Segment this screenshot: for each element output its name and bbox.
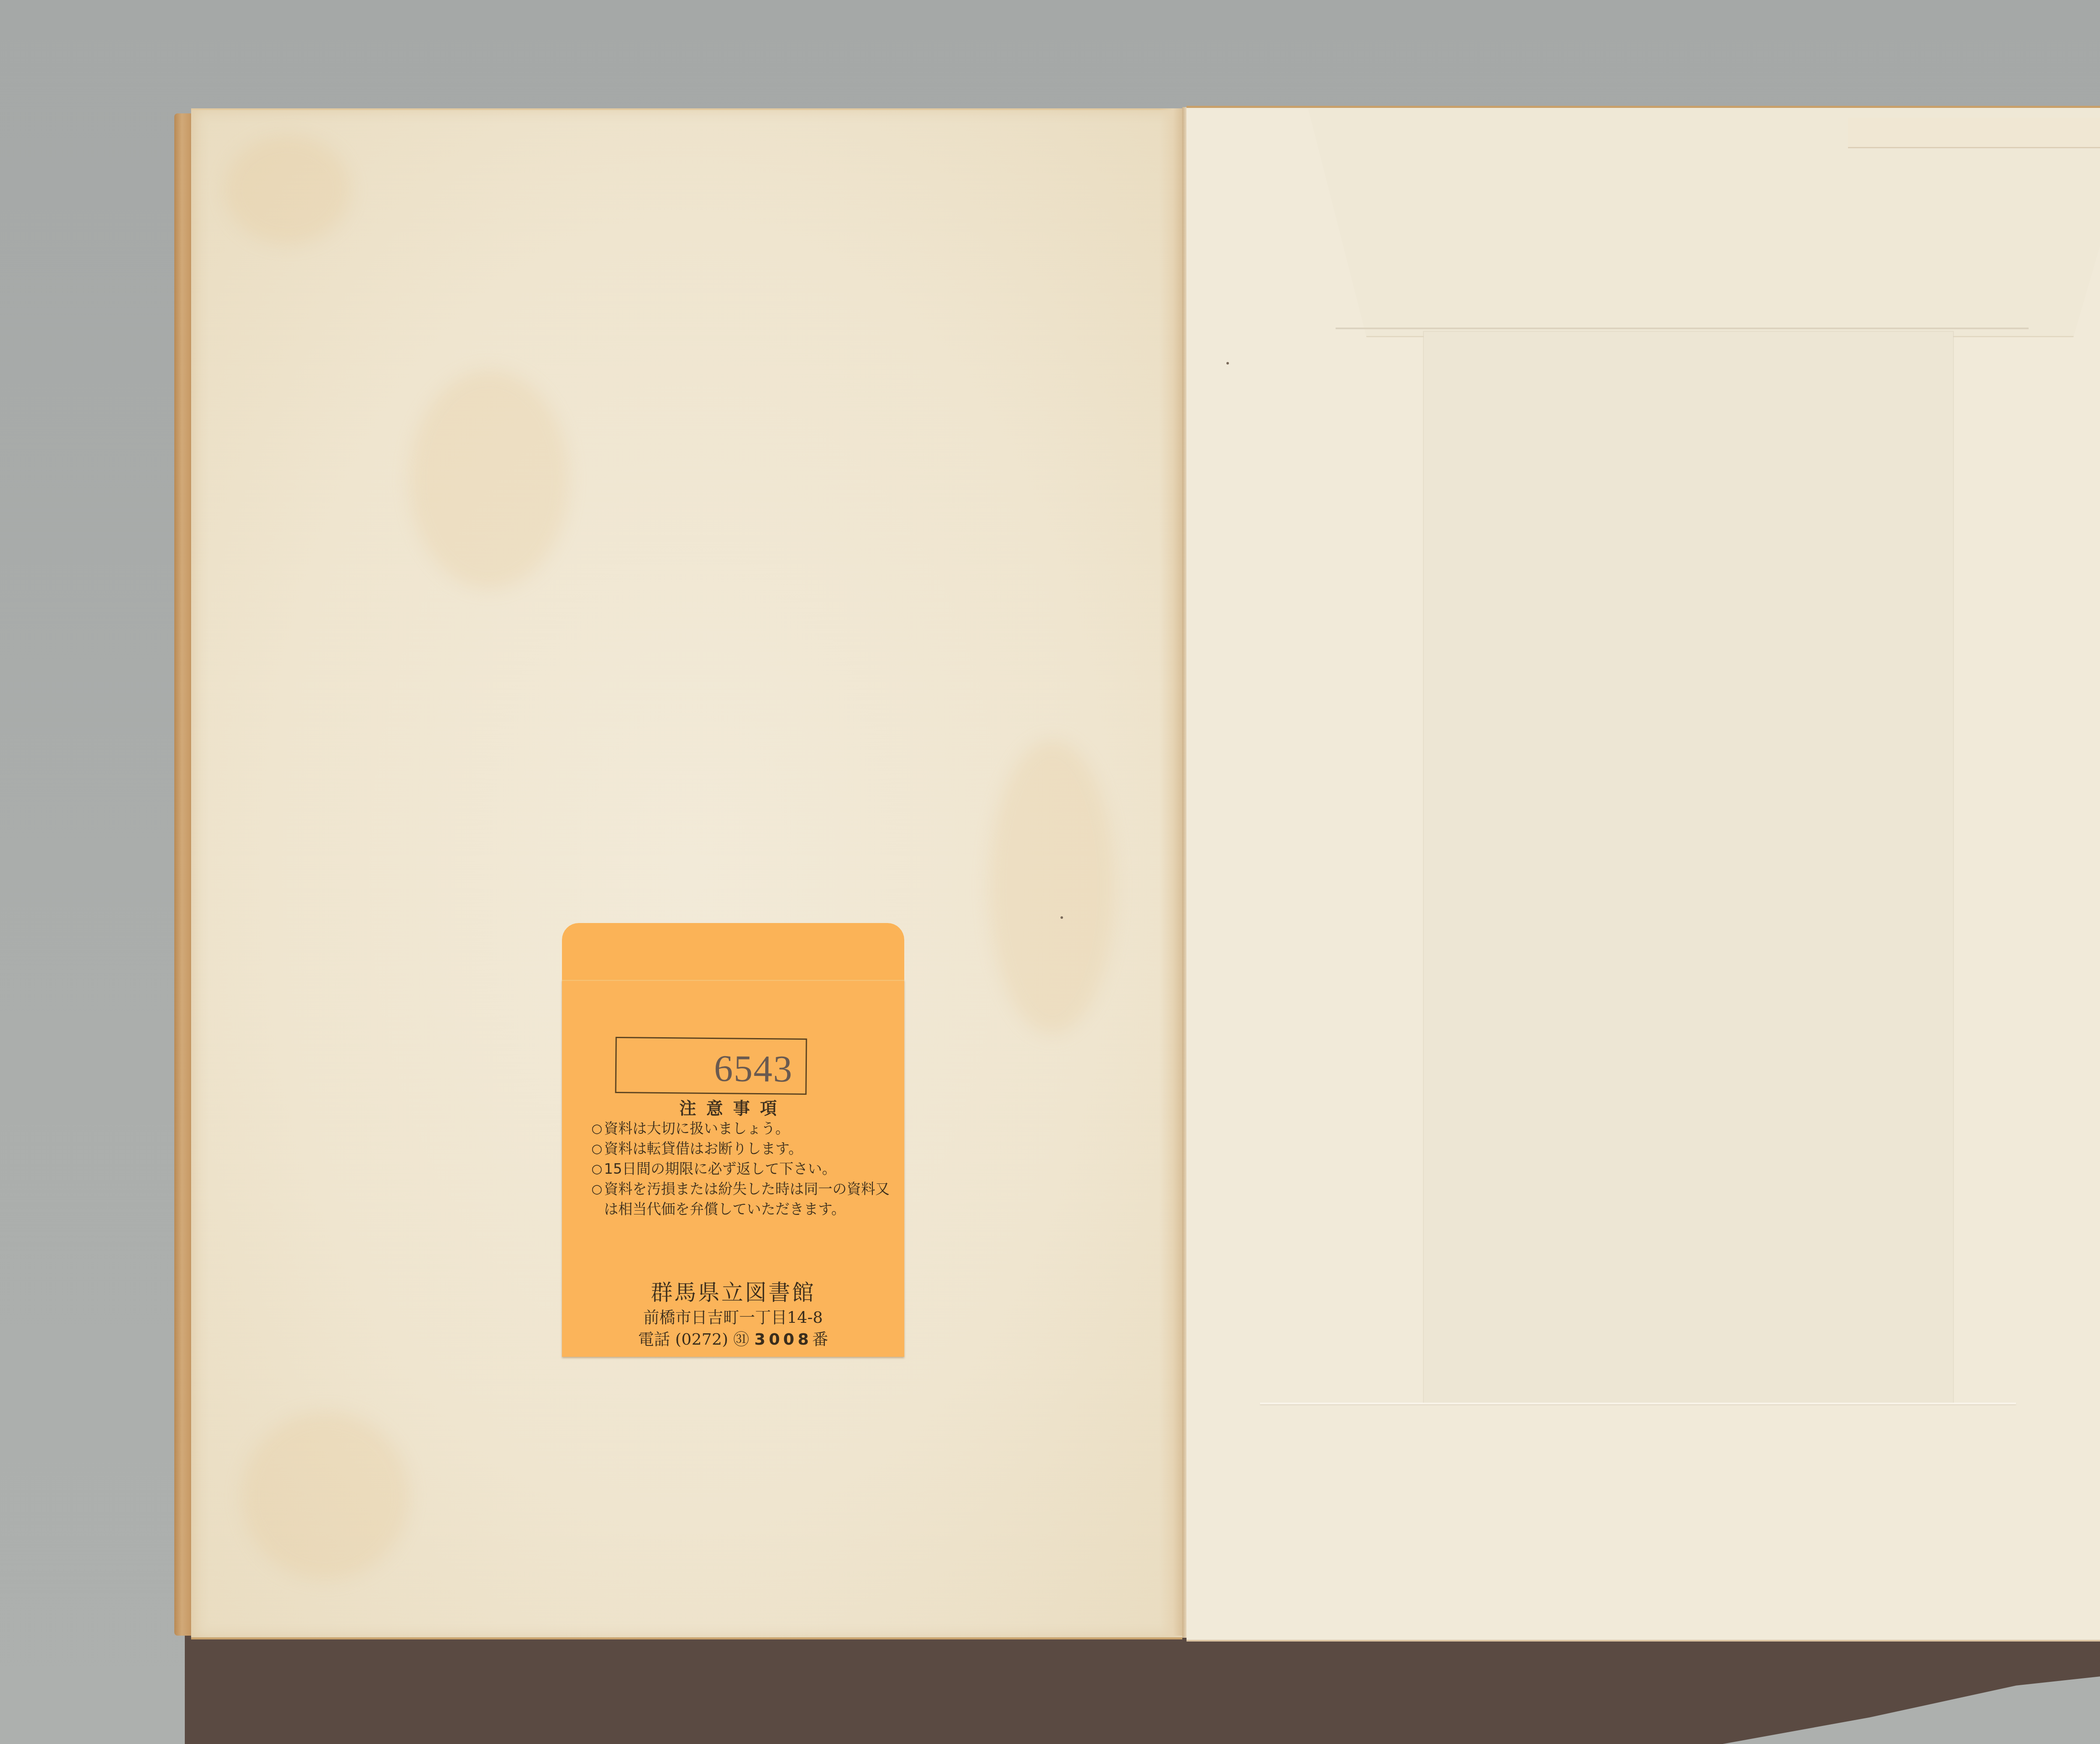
paper-speck [1060,916,1063,919]
pocket-front: 6543 注意事項 ○ 資料は大切に扱いましょう。 ○ 資料は転貸借はお断りしま… [562,980,904,1357]
circle-bullet-icon: ○ [591,1159,604,1179]
rules-list: ○ 資料は大切に扱いましょう。 ○ 資料は転貸借はお断りします。 ○ 15日間の… [591,1119,894,1219]
paper-stain [225,135,351,244]
rule-item: ○ 資料は大切に扱いましょう。 [591,1119,894,1139]
rules-title: 注意事項 [562,1095,904,1119]
call-number-box: 6543 [615,1037,807,1095]
paper-speck [1226,362,1229,365]
library-card-pocket[interactable]: 6543 注意事項 ○ 資料は大切に扱いましょう。 ○ 資料は転貸借はお断りしま… [562,923,904,1356]
top-fold-crease [1336,328,2029,329]
center-flap-panel [1424,332,1953,1403]
library-phone: 電話 (0272) ㉛ 3008番 [562,1326,904,1349]
paper-stain [409,370,569,589]
spine-gutter [1182,107,1186,1638]
circle-bullet-icon: ○ [591,1139,604,1159]
library-name: 群馬県立図書館 [562,1275,904,1306]
book-shadow-left [185,1636,1184,1744]
top-corner-tab [1848,118,2100,148]
library-address: 前橋市日吉町一丁目14-8 [562,1304,904,1327]
call-number: 6543 [714,1047,793,1091]
rule-item: ○ 資料を汚損または紛失した時は同一の資料又は相当代価を弁償していただきます。 [591,1179,894,1219]
circle-bullet-icon: ○ [591,1179,604,1219]
rule-item: ○ 資料は転貸借はお断りします。 [591,1139,894,1159]
circle-bullet-icon: ○ [591,1119,604,1139]
left-page [191,108,1182,1639]
gutter-shadow [1159,108,1182,1636]
paper-stain [241,1412,409,1580]
bottom-fold-crease [1260,1403,2016,1404]
rule-item: ○ 15日間の期限に必ず返して下さい。 [591,1159,894,1179]
paper-stain [989,740,1115,1034]
page-block-edge [174,113,193,1636]
